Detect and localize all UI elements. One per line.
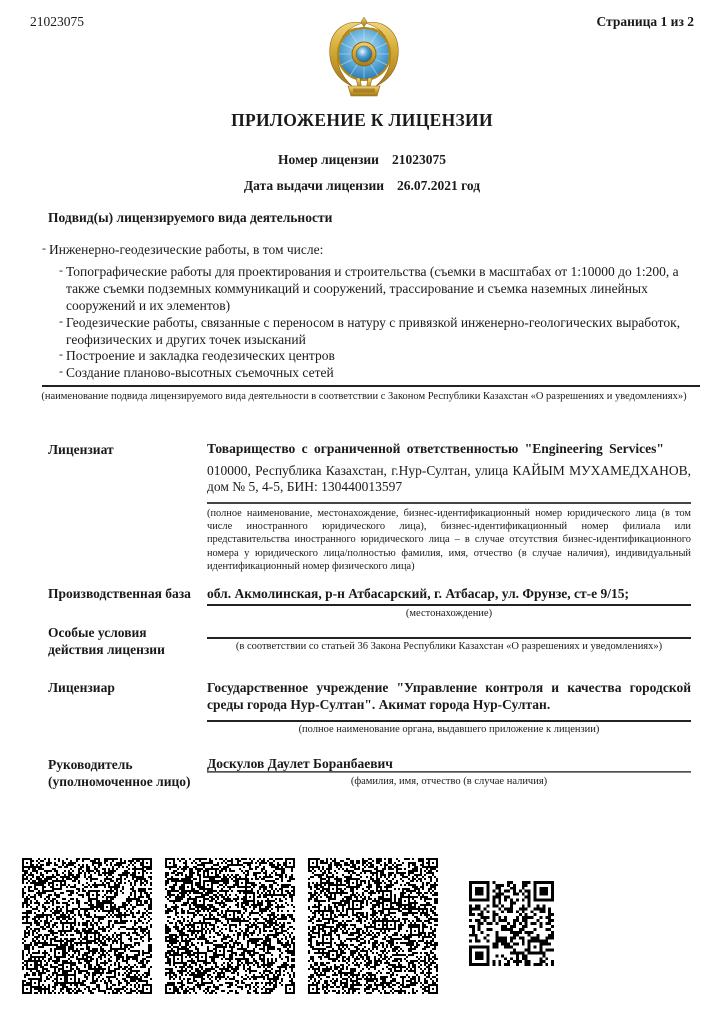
document-number: 21023075 bbox=[30, 14, 84, 30]
activity-parent-item: - Инженерно-геодезические работы, в том … bbox=[49, 241, 669, 258]
bullet-dash: - bbox=[59, 313, 63, 330]
issue-date-line: Дата выдачи лицензии26.07.2021 год bbox=[0, 178, 724, 194]
production-base-caption: (местонахождение) bbox=[207, 607, 691, 621]
head-official-name: Доскулов Даулет Боранбаевич bbox=[207, 755, 691, 772]
field-line bbox=[207, 502, 691, 504]
kazakhstan-emblem-icon bbox=[326, 16, 402, 102]
license-number-line: Номер лицензии21023075 bbox=[0, 152, 724, 168]
signature-barcode-1 bbox=[22, 858, 152, 994]
license-number-label: Номер лицензии bbox=[278, 152, 379, 167]
special-conditions-caption: (в соответствии со статьей 36 Закона Рес… bbox=[207, 640, 691, 654]
license-number-value: 21023075 bbox=[392, 152, 446, 167]
field-line bbox=[207, 637, 691, 639]
activity-item: - Построение и закладка геодезических це… bbox=[66, 347, 694, 364]
production-base-label: Производственная база bbox=[48, 585, 191, 602]
licensee-label: Лицензиат bbox=[48, 441, 114, 458]
issue-date-value: 26.07.2021 год bbox=[397, 178, 480, 193]
production-base-value: обл. Акмолинская, р-н Атбасарский, г. Ат… bbox=[207, 585, 691, 602]
activity-item: - Создание планово-высотных съемочных се… bbox=[66, 364, 694, 381]
activity-item: - Геодезические работы, связанные с пере… bbox=[66, 314, 694, 348]
signature-barcode-2 bbox=[165, 858, 295, 994]
issue-date-label: Дата выдачи лицензии bbox=[244, 178, 384, 193]
head-official-caption: (фамилия, имя, отчество (в случае наличи… bbox=[207, 775, 691, 789]
field-line bbox=[207, 720, 691, 722]
page-title: ПРИЛОЖЕНИЕ К ЛИЦЕНЗИИ bbox=[0, 110, 724, 131]
bullet-dash: - bbox=[59, 346, 63, 363]
bullet-dash: - bbox=[59, 363, 63, 380]
subtypes-caption: (наименование подвида лицензируемого вид… bbox=[34, 390, 694, 404]
licensee-caption: (полное наименование, местонахождение, б… bbox=[207, 507, 691, 573]
bullet-dash: - bbox=[42, 240, 46, 257]
head-official-label: Руководитель (уполномоченное лицо) bbox=[48, 756, 191, 790]
activity-item: - Топографические работы для проектирова… bbox=[66, 263, 694, 314]
licensor-value: Государственное учреждение "Управление к… bbox=[207, 679, 691, 713]
section-divider bbox=[42, 385, 700, 387]
license-appendix-page: 21023075 Страница 1 из 2 bbox=[0, 0, 724, 1024]
signature-line bbox=[207, 771, 691, 773]
special-conditions-label: Особые условия действия лицензии bbox=[48, 624, 165, 658]
signature-barcode-3 bbox=[308, 858, 438, 994]
licensor-caption: (полное наименование органа, выдавшего п… bbox=[207, 723, 691, 737]
licensor-label: Лицензиар bbox=[48, 679, 115, 696]
licensee-name: Товарищество с ограниченной ответственно… bbox=[207, 441, 691, 457]
licensee-address: 010000, Республика Казахстан, г.Нур-Султ… bbox=[207, 463, 691, 495]
subtypes-heading: Подвид(ы) лицензируемого вида деятельнос… bbox=[48, 210, 332, 226]
bullet-dash: - bbox=[59, 262, 63, 279]
field-line bbox=[207, 604, 691, 606]
page-indicator: Страница 1 из 2 bbox=[596, 14, 694, 30]
qr-code bbox=[463, 875, 560, 972]
